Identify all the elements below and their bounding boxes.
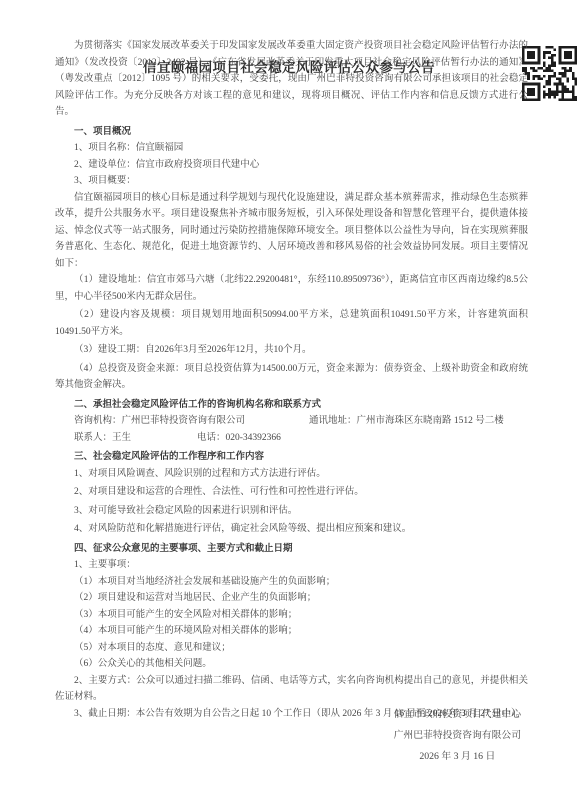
detail-investment: （4）总投资及资金来源：项目总投资估算为14500.00万元，资金来源为：债券资…: [55, 361, 528, 394]
intro-paragraph: 为贯彻落实《国家发展改革委关于印发国家发展改革委重大固定资产投资项目社会稳定风险…: [55, 38, 528, 121]
document-body: 为贯彻落实《国家发展改革委关于印发国家发展改革委重大固定资产投资项目社会稳定风险…: [55, 0, 528, 722]
agency-row: 咨询机构：广州巴菲特投资咨询有限公司 通讯地址：广州市海珠区东晓南路 1512 …: [55, 413, 528, 430]
detail-schedule: （3）建设工期：自2026年3月至2026年12月，共10个月。: [55, 342, 528, 359]
matter-item: （4）本项目可能产生的环境风险对相关群体的影响；: [55, 623, 528, 640]
signature-date: 2026 年 3 月 16 日: [394, 746, 521, 767]
section4-heading: 四、征求公众意见的主要事项、主要方式和截止日期: [55, 541, 528, 558]
section3-heading: 三、社会稳定风险评估的工作程序和工作内容: [55, 449, 528, 466]
project-summary-paragraph: 信宜颐福园项目的核心目标是通过科学规划与现代化设施建设，满足群众基本殡葬需求，推…: [55, 190, 528, 273]
matter-item: （6）公众关心的其他相关问题。: [55, 656, 528, 673]
matter-item: （2）项目建设和运营对当地居民、企业产生的负面影响；: [55, 590, 528, 607]
matters-label: 1、主要事项：: [55, 557, 528, 574]
detail-scale: （2）建设内容及规模：项目规划用地面积50994.00平方米，总建筑面积1049…: [55, 307, 528, 340]
procedure-item: 3、对可能导致社会稳定风险的因素进行识别和评估。: [55, 503, 528, 520]
signature-block: 信宜市政府投资项目代建中心 广州巴菲特投资咨询有限公司 2026 年 3 月 1…: [394, 704, 521, 767]
section1-heading: 一、项目概况: [55, 124, 528, 141]
document-page: 信宜颐福园项目社会稳定风险评估公众参与公告 为贯彻落实《国家发展改革委关于印发国…: [0, 0, 578, 800]
procedure-item: 1、对项目风险调查、风险识别的过程和方式方法进行评估。: [55, 466, 528, 483]
agency-address: 通讯地址：广州市海珠区东晓南路 1512 号二楼: [309, 413, 504, 430]
signature-org-1: 信宜市政府投资项目代建中心: [394, 704, 521, 725]
contact-phone: 电话：020-34392366: [197, 430, 281, 447]
matter-item: （3）本项目可能产生的安全风险对相关群体的影响；: [55, 607, 528, 624]
construction-unit-item: 2、建设单位：信宜市政府投资项目代建中心: [55, 157, 528, 174]
detail-location: （1）建设地址：信宜市郊马六塘（北纬22.29200481°，东经110.895…: [55, 272, 528, 305]
section2-heading: 二、承担社会稳定风险评估工作的咨询机构名称和联系方式: [55, 397, 528, 414]
matter-item: （5）对本项目的态度、意见和建议；: [55, 640, 528, 657]
procedure-item: 4、对风险防范和化解措施进行评估，确定社会风险等级、提出相应预案和建议。: [55, 521, 528, 538]
qr-code-image: [522, 46, 577, 101]
contact-person: 联系人：王生: [74, 430, 197, 447]
signature-org-2: 广州巴菲特投资咨询有限公司: [394, 725, 521, 746]
project-summary-label: 3、项目概要：: [55, 173, 528, 190]
project-name-item: 1、项目名称：信宜颐福园: [55, 140, 528, 157]
contact-row: 联系人：王生 电话：020-34392366: [55, 430, 528, 447]
agency-name: 咨询机构：广州巴菲特投资咨询有限公司: [74, 413, 309, 430]
qr-code-icon: [522, 46, 577, 101]
matter-item: （1）本项目对当地经济社会发展和基础设施产生的负面影响；: [55, 574, 528, 591]
procedure-item: 2、对项目建设和运营的合理性、合法性、可行性和可控性进行评估。: [55, 484, 528, 501]
method-paragraph: 2、主要方式：公众可以通过扫描二维码、信函、电话等方式，实名向咨询机构提出自己的…: [55, 673, 528, 706]
